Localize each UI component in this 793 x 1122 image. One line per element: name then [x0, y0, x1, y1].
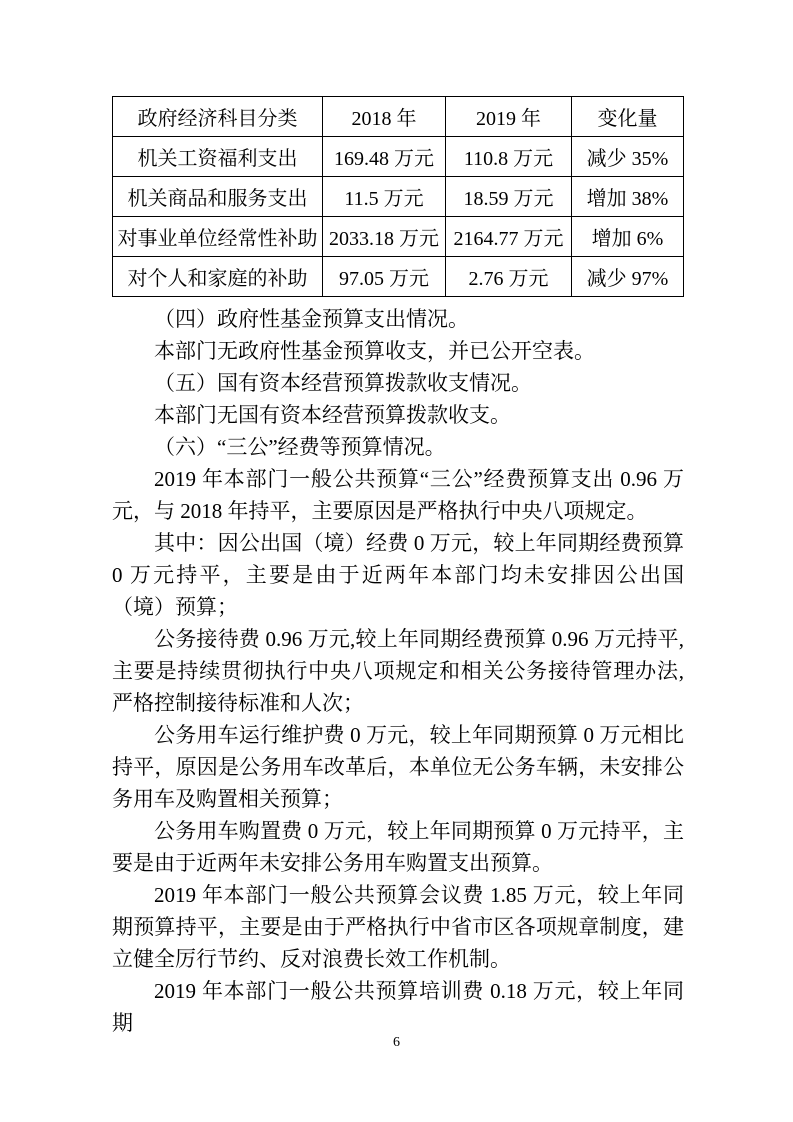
table-cell: 110.8 万元 — [446, 137, 572, 177]
budget-comparison-table: 政府经济科目分类2018 年2019 年变化量 机关工资福利支出169.48 万… — [112, 96, 684, 297]
table-cell: 11.5 万元 — [323, 177, 446, 217]
paragraph: 公务用车购置费 0 万元，较上年同期预算 0 万元持平，主要是由于近两年未安排公… — [112, 815, 684, 879]
table-cell: 机关商品和服务支出 — [113, 177, 323, 217]
table-row: 机关商品和服务支出11.5 万元18.59 万元增加 38% — [113, 177, 684, 217]
table-header-row: 政府经济科目分类2018 年2019 年变化量 — [113, 97, 684, 137]
table-cell: 机关工资福利支出 — [113, 137, 323, 177]
page-number: 6 — [0, 1035, 793, 1051]
paragraph: 本部门无国有资本经营预算拨款收支。 — [112, 399, 684, 431]
table-row: 对个人和家庭的补助97.05 万元2.76 万元减少 97% — [113, 257, 684, 297]
paragraph: （六）“三公”经费等预算情况。 — [112, 431, 684, 463]
table-cell: 2164.77 万元 — [446, 217, 572, 257]
paragraph: 2019 年本部门一般公共预算培训费 0.18 万元，较上年同期 — [112, 975, 684, 1039]
table-cell: 增加 6% — [572, 217, 684, 257]
paragraph: 公务接待费 0.96 万元,较上年同期经费预算 0.96 万元持平,主要是持续贯… — [112, 623, 684, 719]
paragraph: 公务用车运行维护费 0 万元，较上年同期预算 0 万元相比持平，原因是公务用车改… — [112, 719, 684, 815]
table-row: 机关工资福利支出169.48 万元110.8 万元减少 35% — [113, 137, 684, 177]
table-cell: 2.76 万元 — [446, 257, 572, 297]
paragraph: 2019 年本部门一般公共预算“三公”经费预算支出 0.96 万元，与 2018… — [112, 463, 684, 527]
paragraph: （五）国有资本经营预算拨款收支情况。 — [112, 367, 684, 399]
table-cell: 18.59 万元 — [446, 177, 572, 217]
table-header-cell: 2018 年 — [323, 97, 446, 137]
document-page: 政府经济科目分类2018 年2019 年变化量 机关工资福利支出169.48 万… — [0, 0, 793, 1122]
table-cell: 减少 35% — [572, 137, 684, 177]
table-cell: 2033.18 万元 — [323, 217, 446, 257]
table-cell: 169.48 万元 — [323, 137, 446, 177]
table-row: 对事业单位经常性补助2033.18 万元2164.77 万元增加 6% — [113, 217, 684, 257]
paragraph: 其中：因公出国（境）经费 0 万元，较上年同期经费预算 0 万元持平，主要是由于… — [112, 527, 684, 623]
table-header-cell: 政府经济科目分类 — [113, 97, 323, 137]
table-cell: 97.05 万元 — [323, 257, 446, 297]
table-header-cell: 变化量 — [572, 97, 684, 137]
table-cell: 减少 97% — [572, 257, 684, 297]
paragraph: （四）政府性基金预算支出情况。 — [112, 303, 684, 335]
table-header-cell: 2019 年 — [446, 97, 572, 137]
paragraph: 2019 年本部门一般公共预算会议费 1.85 万元，较上年同期预算持平，主要是… — [112, 879, 684, 975]
table-cell: 增加 38% — [572, 177, 684, 217]
table-cell: 对个人和家庭的补助 — [113, 257, 323, 297]
document-body: （四）政府性基金预算支出情况。本部门无政府性基金预算收支，并已公开空表。（五）国… — [112, 303, 684, 1039]
table-cell: 对事业单位经常性补助 — [113, 217, 323, 257]
paragraph: 本部门无政府性基金预算收支，并已公开空表。 — [112, 335, 684, 367]
